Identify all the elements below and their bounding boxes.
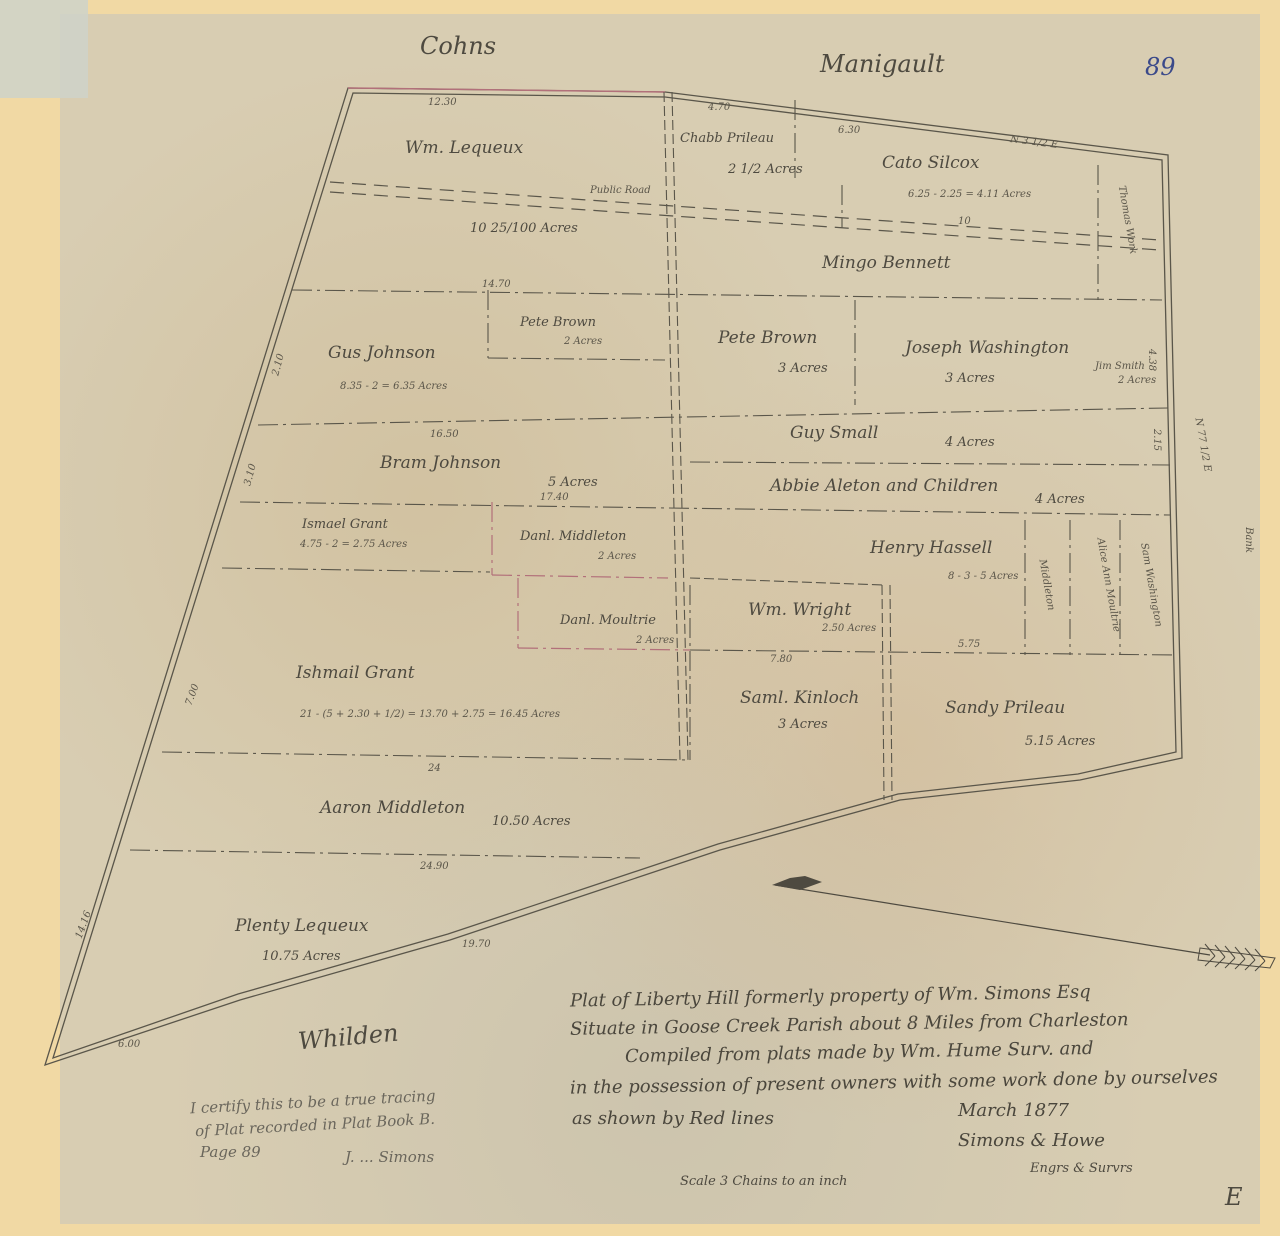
measure-5-75: 5.75 — [958, 640, 980, 650]
parcel-acres: 8 - 3 - 5 Acres — [948, 572, 1018, 582]
parcel-acres: 21 - (5 + 2.30 + 1/2) = 13.70 + 2.75 = 1… — [300, 710, 560, 720]
title-line-5: as shown by Red lines — [572, 1110, 774, 1128]
measure-24-90: 24.90 — [420, 862, 449, 872]
parcel-acres: 3 Acres — [778, 718, 828, 731]
measure-top-mid-2: 6.30 — [838, 126, 860, 136]
parcel-owner: Plenty Lequeux — [235, 918, 369, 935]
parcel-acres: 10.50 Acres — [492, 815, 571, 828]
public-road-label: Public Road — [590, 186, 651, 196]
parcel-acres: 5.15 Acres — [1025, 735, 1095, 748]
parcel-owner: Aaron Middleton — [320, 800, 465, 817]
parcel-owner: Ismael Grant — [302, 518, 388, 531]
measure-right-1: 4.38 — [1146, 349, 1156, 371]
parcel-acres: 6.25 - 2.25 = 4.11 Acres — [908, 190, 1031, 200]
parcel-acres: 2 Acres — [564, 337, 602, 347]
parcel-owner: Henry Hassell — [870, 540, 992, 557]
adjoiner-bank: Bank — [1243, 527, 1253, 553]
parcel-acres: 2 1/2 Acres — [728, 163, 803, 176]
parcel-owner: Sandy Prileau — [945, 700, 1065, 717]
parcel-acres: 2 Acres — [598, 552, 636, 562]
measure-19-70: 19.70 — [462, 940, 491, 950]
measure-17-40: 17.40 — [540, 493, 569, 503]
measure-16-50: 16.50 — [430, 430, 459, 440]
parcel-owner: Mingo Bennett — [822, 255, 951, 272]
parcel-owner: Ishmail Grant — [296, 665, 415, 682]
measure-10: 10 — [958, 217, 971, 227]
parcel-owner: Danl. Middleton — [520, 530, 626, 543]
title-surveyors-role: Engrs & Survrs — [1030, 1162, 1133, 1175]
parcel-owner: Gus Johnson — [328, 345, 436, 362]
parcel-acres: 10.75 Acres — [262, 950, 341, 963]
measure-14-70: 14.70 — [482, 280, 511, 290]
adjoiner-cohns: Cohns — [420, 34, 496, 58]
parcel-acres: 2 Acres — [1118, 376, 1156, 386]
parcel-owner: Saml. Kinloch — [740, 690, 859, 707]
measure-top-left: 12.30 — [428, 98, 457, 108]
parcel-owner: Pete Brown — [718, 330, 817, 347]
title-surveyors: Simons & Howe — [958, 1132, 1105, 1150]
parcel-owner: Chabb Prileau — [680, 132, 774, 145]
measure-24: 24 — [428, 764, 441, 774]
certification-signature: J. ... Simons — [345, 1150, 434, 1165]
parcel-acres: 5 Acres — [548, 476, 598, 489]
parcel-owner: Pete Brown — [520, 316, 596, 329]
parcel-acres: 8.35 - 2 = 6.35 Acres — [340, 382, 447, 392]
parcel-owner: Danl. Moultrie — [560, 614, 656, 627]
scale-note: Scale 3 Chains to an inch — [680, 1175, 847, 1188]
parcel-owner: Jim Smith — [1095, 362, 1145, 372]
parcel-owner: Guy Small — [790, 425, 878, 442]
parcel-owner: Joseph Washington — [905, 340, 1069, 357]
adjoiner-manigault: Manigault — [820, 52, 944, 76]
measure-right-2: 2.15 — [1151, 429, 1161, 451]
north-arrow-icon — [772, 876, 1275, 971]
measure-7-80: 7.80 — [770, 655, 792, 665]
measure-top-mid-1: 4.70 — [708, 103, 730, 113]
parcel-acres: 4 Acres — [945, 436, 995, 449]
parcel-acres: 3 Acres — [778, 362, 828, 375]
parcel-acres: 2.50 Acres — [822, 624, 876, 634]
parcel-acres: 4 Acres — [1035, 493, 1085, 506]
parcel-acres: 2 Acres — [636, 636, 674, 646]
parcel-acres: 10 25/100 Acres — [470, 222, 578, 235]
page-number: 89 — [1145, 55, 1176, 79]
parcel-owner: Wm. Lequeux — [405, 140, 523, 157]
parcel-owner: Cato Silcox — [882, 155, 979, 172]
measure-bottom-left: 6.00 — [118, 1040, 140, 1050]
corner-mark: E — [1225, 1185, 1243, 1209]
title-date: March 1877 — [958, 1102, 1069, 1120]
parcel-acres: 4.75 - 2 = 2.75 Acres — [300, 540, 407, 550]
parcel-owner: Abbie Aleton and Children — [770, 478, 998, 495]
parcel-owner: Bram Johnson — [380, 455, 501, 472]
parcel-acres: 3 Acres — [945, 372, 995, 385]
certification-line-3: Page 89 — [200, 1145, 261, 1160]
parcel-owner: Wm. Wright — [748, 602, 851, 619]
